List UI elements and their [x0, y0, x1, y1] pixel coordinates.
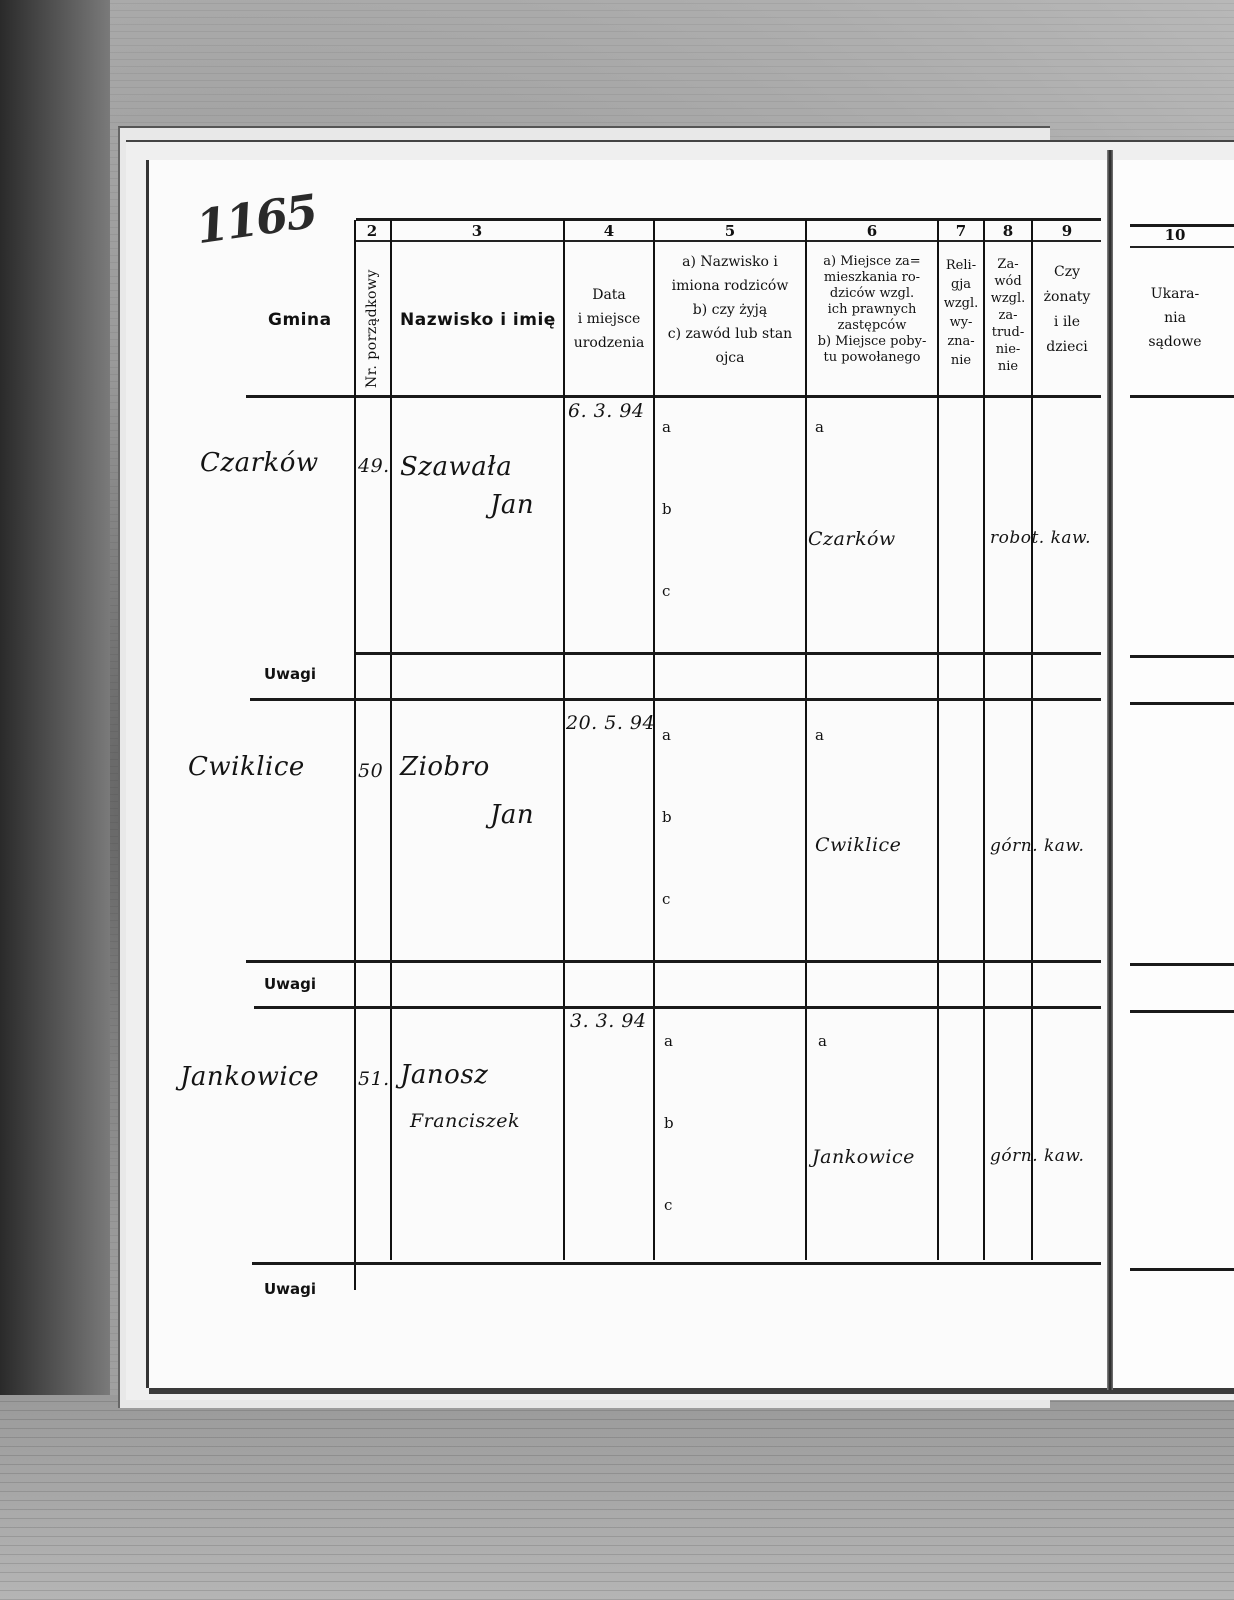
col-number-5: 5 [655, 222, 805, 240]
header-top-rule [356, 218, 1101, 221]
divider-col-7-left [937, 220, 939, 1260]
col-number-10: 10 [1130, 226, 1220, 244]
col-number-2: 2 [356, 222, 388, 240]
entry-1-parents-a: a [662, 418, 671, 436]
header-rodzice: a) Nazwisko i imiona rodziców b) czy żyj… [655, 250, 805, 370]
entry-1-remarks-label: Uwagi [264, 665, 316, 683]
entry-1-occupation: robot. kaw. [990, 528, 1091, 548]
entry-2-surname: Ziobro [400, 752, 490, 782]
header-data-miejsce: Data i miejsce urodzenia [565, 283, 653, 355]
entry-3-bottom-rule [252, 1262, 1101, 1265]
entry-1-surname: Szawała [400, 452, 512, 482]
entry-3-parents-c: c [664, 1196, 672, 1214]
column-number-rule-right [1130, 246, 1234, 248]
divider-col-5-left [653, 220, 655, 1260]
entry-3-birth-date: 3. 3. 94 [570, 1010, 647, 1032]
entry-3-gmina: Jankowice [180, 1062, 319, 1092]
entry-2-bottom-rule [246, 960, 1101, 963]
scanner-background-bottom [0, 1395, 1234, 1600]
entry-1-residence-a: a [815, 418, 824, 436]
entry-2-nr: 50 [358, 760, 383, 782]
header-bottom-rule [246, 395, 1101, 398]
divider-col-6-left [805, 220, 807, 1260]
entry-3-residence-a: a [818, 1032, 827, 1050]
col-number-7: 7 [939, 222, 983, 240]
entry-2-remarks-label: Uwagi [264, 975, 316, 993]
divider-col-3-left [390, 220, 392, 1260]
col-number-9: 9 [1033, 222, 1101, 240]
divider-col-8-left [983, 220, 985, 1260]
entry-1-given-name: Jan [490, 490, 534, 520]
header-gmina: Gmina [268, 310, 332, 330]
entry-1-remarks-rule-right [1130, 702, 1234, 705]
entry-2-parents-a: a [662, 726, 671, 744]
entry-2-occupation: górn. kaw. [990, 836, 1084, 856]
entry-3-surname: Janosz [400, 1060, 488, 1090]
entry-1-remarks-rule [250, 698, 1101, 701]
column-number-rule [356, 240, 1101, 242]
entry-2-parents-b: b [662, 808, 672, 826]
header-zawod: Za- wód wzgl. za- trud- nie- nie [985, 256, 1031, 375]
header-ukarania: Ukara- nia sądowe [1130, 282, 1220, 354]
entry-3-occupation: górn. kaw. [990, 1146, 1084, 1166]
divider-col-2-left [354, 220, 356, 1290]
entry-2-parents-c: c [662, 890, 670, 908]
entry-2-gmina: Cwiklice [188, 752, 305, 782]
col-number-6: 6 [807, 222, 937, 240]
header-bottom-rule-right [1130, 395, 1234, 398]
entry-1-bottom-rule-right [1130, 655, 1234, 658]
entry-3-nr: 51. [358, 1068, 390, 1090]
divider-col-4-left [563, 220, 565, 1260]
entry-1-parents-b: b [662, 500, 672, 518]
entry-1-residence-b: Czarków [808, 528, 896, 550]
entry-2-residence-b: Cwiklice [815, 834, 901, 856]
entry-1-gmina: Czarków [200, 448, 319, 478]
entry-2-birth-date: 20. 5. 94 [566, 712, 655, 734]
entry-3-bottom-rule-right [1130, 1268, 1234, 1271]
entry-3-remarks-label: Uwagi [264, 1280, 316, 1298]
entry-1-nr: 49. [358, 455, 390, 477]
divider-col-9-left [1031, 220, 1033, 1260]
header-miejsce: a) Miejsce za= mieszkania ro- dziców wzg… [807, 254, 937, 366]
entry-2-remarks-rule [254, 1006, 1101, 1009]
entry-3-given-name: Franciszek [410, 1110, 520, 1132]
entry-1-parents-c: c [662, 582, 670, 600]
col-number-8: 8 [985, 222, 1031, 240]
col-number-4: 4 [565, 222, 653, 240]
header-zonaty: Czy żonaty i ile dzieci [1033, 260, 1101, 360]
entry-2-residence-a: a [815, 726, 824, 744]
entry-2-given-name: Jan [490, 800, 534, 830]
entry-2-remarks-rule-right [1130, 1010, 1234, 1013]
entry-3-parents-b: b [664, 1114, 674, 1132]
entry-3-residence-b: Jankowice [812, 1146, 915, 1168]
entry-1-bottom-rule [356, 652, 1101, 655]
entry-3-parents-a: a [664, 1032, 673, 1050]
col-number-3: 3 [392, 222, 562, 240]
header-religia: Reli- gja wzgl. wy- zna- nie [939, 256, 983, 370]
entry-2-bottom-rule-right [1130, 963, 1234, 966]
entry-1-birth-date: 6. 3. 94 [568, 400, 645, 422]
header-nr-porzadkowy: Nr. porządkowy [364, 269, 380, 388]
scanner-shadow-left [0, 0, 110, 1600]
header-nazwisko-imie: Nazwisko i imię [400, 310, 556, 330]
